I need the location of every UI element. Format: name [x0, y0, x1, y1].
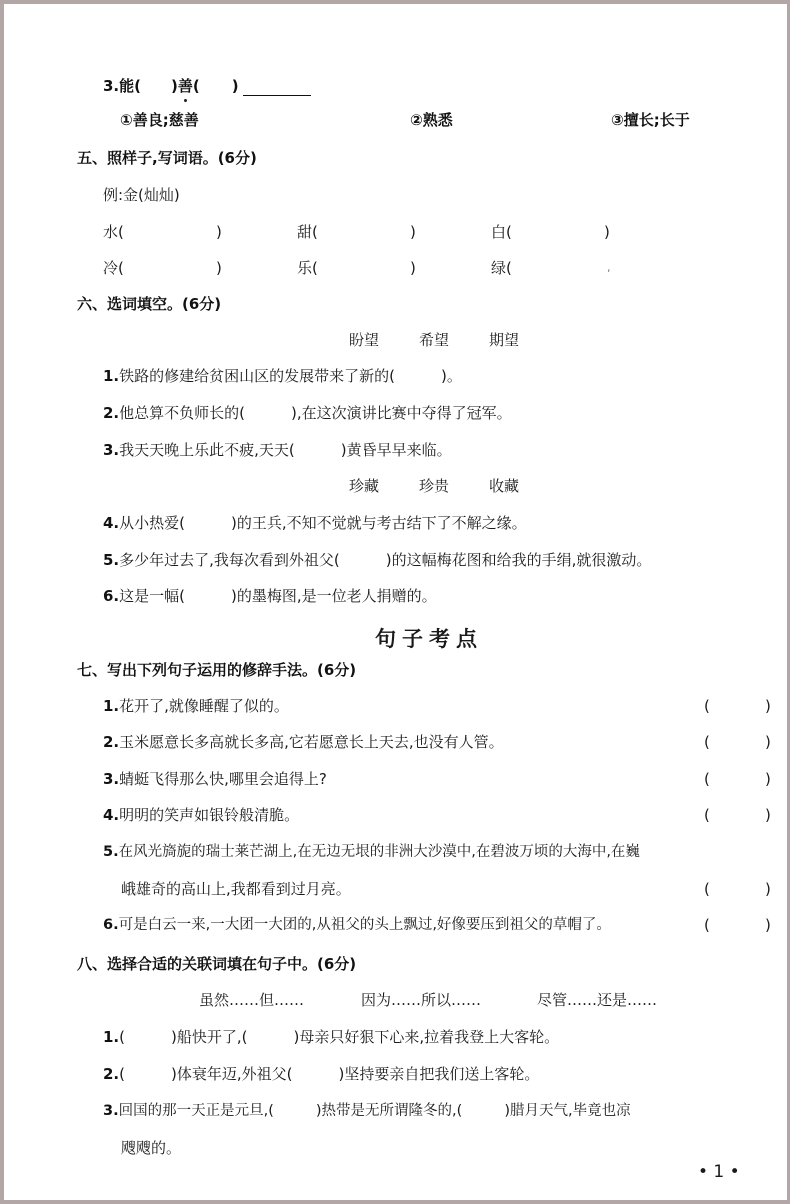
- item-number: 2.: [103, 404, 119, 422]
- q4-item-3: 3.能()善(): [103, 76, 311, 96]
- item-text: 从小热爱(: [119, 514, 185, 532]
- paren-open: (: [134, 77, 141, 95]
- word-option: 收藏: [489, 476, 519, 496]
- section-title: 句子考点: [375, 626, 483, 652]
- q5-cell: 水(: [103, 222, 124, 242]
- emphasized-char: 善: [178, 76, 193, 96]
- q7-item-3: 3.蜻蜓飞得那么快,哪里会追得上?: [103, 769, 327, 789]
- char: 冷: [103, 259, 118, 277]
- item-text: )的这幅梅花图和给我的手绢,就很激动。: [386, 551, 652, 569]
- word-option: 珍藏: [349, 476, 419, 496]
- paren-close: ): [604, 222, 610, 242]
- item-text: )的墨梅图,是一位老人捐赠的。: [231, 587, 437, 605]
- item-number: 5.: [103, 551, 119, 569]
- paren-close: ): [410, 258, 416, 278]
- q5-cell: 冷(: [103, 258, 124, 278]
- q7-item-1: 1.花开了,就像睡醒了似的。: [103, 696, 289, 716]
- q6-word-bank-1: 盼望希望期望: [349, 330, 519, 350]
- word-option: 盼望: [349, 330, 419, 350]
- q5-cell: 白(: [491, 222, 512, 242]
- q6-item-4: 4.从小热爱()的王兵,不知不觉就与考古结下了不解之缘。: [103, 513, 527, 533]
- item-number: 1.: [103, 367, 119, 385]
- item-text: 回国的那一天正是元旦,(: [119, 1103, 274, 1119]
- item-number: 2.: [103, 733, 119, 751]
- q6-item-1: 1.铁路的修建给贫困山区的发展带来了新的()。: [103, 366, 462, 386]
- q5-example: 例:金(灿灿): [103, 185, 180, 205]
- paren-open: (: [506, 259, 512, 277]
- q7-item-5-continued: 峨雄奇的高山上,我都看到过月亮。: [121, 879, 351, 899]
- q6-word-bank-2: 珍藏珍贵收藏: [349, 476, 519, 496]
- paren-close: ): [171, 77, 178, 95]
- paren-open: (: [312, 223, 318, 241]
- paren-close: ): [410, 222, 416, 242]
- paren-open: (: [506, 223, 512, 241]
- item-number: 1.: [103, 1028, 119, 1046]
- word-option: 希望: [419, 330, 489, 350]
- item-text: )坚持要亲自把我们送上客轮。: [338, 1065, 539, 1083]
- item-text: (: [119, 1028, 125, 1046]
- item-text: ),在这次演讲比赛中夺得了冠军。: [291, 404, 512, 422]
- q7-item-5: 5.在风光旖旎的瑞士莱芒湖上,在无边无垠的非洲大沙漠中,在碧波万顷的大海中,在巍: [103, 842, 640, 862]
- paren-close-faint: ,: [607, 258, 611, 278]
- q6-heading: 六、选词填空。(6分): [77, 294, 221, 314]
- option-3: ③擅长;长于: [611, 110, 690, 130]
- answer-underline[interactable]: [243, 79, 311, 96]
- paren-open: (: [118, 223, 124, 241]
- q6-item-2: 2.他总算不负师长的(),在这次演讲比赛中夺得了冠军。: [103, 403, 512, 423]
- answer-paren-open: (: [704, 805, 710, 825]
- item-text: 他总算不负师长的(: [119, 404, 245, 422]
- q6-item-6: 6.这是一幅()的墨梅图,是一位老人捐赠的。: [103, 586, 437, 606]
- item-text: )腊月天气,毕竟也凉: [504, 1103, 630, 1119]
- q8-item-1: 1.()船快开了,()母亲只好狠下心来,拉着我登上大客轮。: [103, 1027, 559, 1047]
- paren-open: (: [118, 259, 124, 277]
- item-text: 可是白云一来,一大团一大团的,从祖父的头上飘过,好像要压到祖父的草帽了。: [119, 917, 611, 933]
- q6-item-3: 3.我天天晚上乐此不疲,天天()黄昏早早来临。: [103, 440, 452, 460]
- answer-paren-close: ): [765, 805, 771, 825]
- paren-close: ): [232, 77, 239, 95]
- option-2: ②熟悉: [410, 110, 453, 130]
- q7-heading: 七、写出下列句子运用的修辞手法。(6分): [77, 660, 356, 680]
- q8-item-3: 3.回国的那一天正是元旦,()热带是无所谓隆冬的,()腊月天气,毕竟也凉: [103, 1101, 631, 1121]
- item-number: 4.: [103, 806, 119, 824]
- item-number: 6.: [103, 587, 119, 605]
- word-option: 期望: [489, 330, 519, 350]
- paren-open: (: [312, 259, 318, 277]
- word-option: 因为……所以……: [361, 990, 537, 1010]
- answer-paren-close: ): [765, 915, 771, 935]
- paren-close: ): [216, 222, 222, 242]
- q7-item-6: 6.可是白云一来,一大团一大团的,从祖父的头上飘过,好像要压到祖父的草帽了。: [103, 915, 611, 935]
- item-text: )热带是无所谓隆冬的,(: [316, 1103, 462, 1119]
- answer-paren-close: ): [765, 769, 771, 789]
- answer-paren-open: (: [704, 915, 710, 935]
- q7-item-4: 4.明明的笑声如银铃般清脆。: [103, 805, 299, 825]
- item-text: 在风光旖旎的瑞士莱芒湖上,在无边无垠的非洲大沙漠中,在碧波万顷的大海中,在巍: [119, 844, 640, 860]
- q8-heading: 八、选择合适的关联词填在句子中。(6分): [77, 954, 356, 974]
- q7-item-2: 2.玉米愿意长多高就长多高,它若愿意长上天去,也没有人管。: [103, 732, 504, 752]
- item-text: )的王兵,不知不觉就与考古结下了不解之缘。: [231, 514, 527, 532]
- item-text: )。: [441, 367, 462, 385]
- item-number: 3.: [103, 1103, 119, 1119]
- char: 甜: [297, 223, 312, 241]
- worksheet-page: 3.能()善() ①善良;慈善 ②熟悉 ③擅长;长于 五、照样子,写词语。(6分…: [0, 0, 790, 1204]
- item-number: 6.: [103, 917, 119, 933]
- item-number: 5.: [103, 844, 119, 860]
- answer-paren-open: (: [704, 732, 710, 752]
- paren-open: (: [193, 77, 200, 95]
- word-option: 珍贵: [419, 476, 489, 496]
- word-option: 尽管……还是……: [537, 990, 657, 1010]
- char: 乐: [297, 259, 312, 277]
- item-text: (: [119, 1065, 125, 1083]
- answer-paren-open: (: [704, 769, 710, 789]
- q5-cell: 绿(: [491, 258, 512, 278]
- answer-paren-open: (: [704, 696, 710, 716]
- option-1: ①善良;慈善: [120, 110, 199, 130]
- answer-paren-close: ): [765, 696, 771, 716]
- item-text: 花开了,就像睡醒了似的。: [119, 697, 289, 715]
- item-text: 我天天晚上乐此不疲,天天(: [119, 441, 295, 459]
- item-text: 蜻蜓飞得那么快,哪里会追得上?: [119, 770, 327, 788]
- item-number: 2.: [103, 1065, 119, 1083]
- q8-item-2: 2.()体衰年迈,外祖父()坚持要亲自把我们送上客轮。: [103, 1064, 539, 1084]
- q5-heading: 五、照样子,写词语。(6分): [77, 148, 257, 168]
- char: 水: [103, 223, 118, 241]
- item-number: 3.: [103, 770, 119, 788]
- item-text: )黄昏早早来临。: [341, 441, 452, 459]
- answer-paren-close: ): [765, 879, 771, 899]
- q8-word-bank: 虽然……但……因为……所以……尽管……还是……: [199, 990, 657, 1010]
- item-text: )体衰年迈,外祖父(: [171, 1065, 292, 1083]
- page-number: • 1 •: [698, 1162, 740, 1182]
- item-text: 多少年过去了,我每次看到外祖父(: [119, 551, 340, 569]
- item-text: 玉米愿意长多高就长多高,它若愿意长上天去,也没有人管。: [119, 733, 504, 751]
- item-number: 1.: [103, 697, 119, 715]
- item-text: 铁路的修建给贫困山区的发展带来了新的(: [119, 367, 395, 385]
- q5-cell: 甜(: [297, 222, 318, 242]
- q6-item-5: 5.多少年过去了,我每次看到外祖父()的这幅梅花图和给我的手绢,就很激动。: [103, 550, 651, 570]
- char: 白: [491, 223, 506, 241]
- paren-close: ): [216, 258, 222, 278]
- item-text: 这是一幅(: [119, 587, 185, 605]
- item-text: )船快开了,(: [171, 1028, 247, 1046]
- item-number: 3.: [103, 441, 119, 459]
- char: 绿: [491, 259, 506, 277]
- item-text: )母亲只好狠下心来,拉着我登上大客轮。: [293, 1028, 559, 1046]
- answer-paren-open: (: [704, 879, 710, 899]
- char: 能: [119, 77, 134, 95]
- q8-item-3-continued: 飕飕的。: [121, 1138, 181, 1158]
- q5-cell: 乐(: [297, 258, 318, 278]
- item-text: 明明的笑声如银铃般清脆。: [119, 806, 299, 824]
- word-option: 虽然……但……: [199, 990, 361, 1010]
- item-number: 4.: [103, 514, 119, 532]
- item-number: 3.: [103, 77, 119, 95]
- answer-paren-close: ): [765, 732, 771, 752]
